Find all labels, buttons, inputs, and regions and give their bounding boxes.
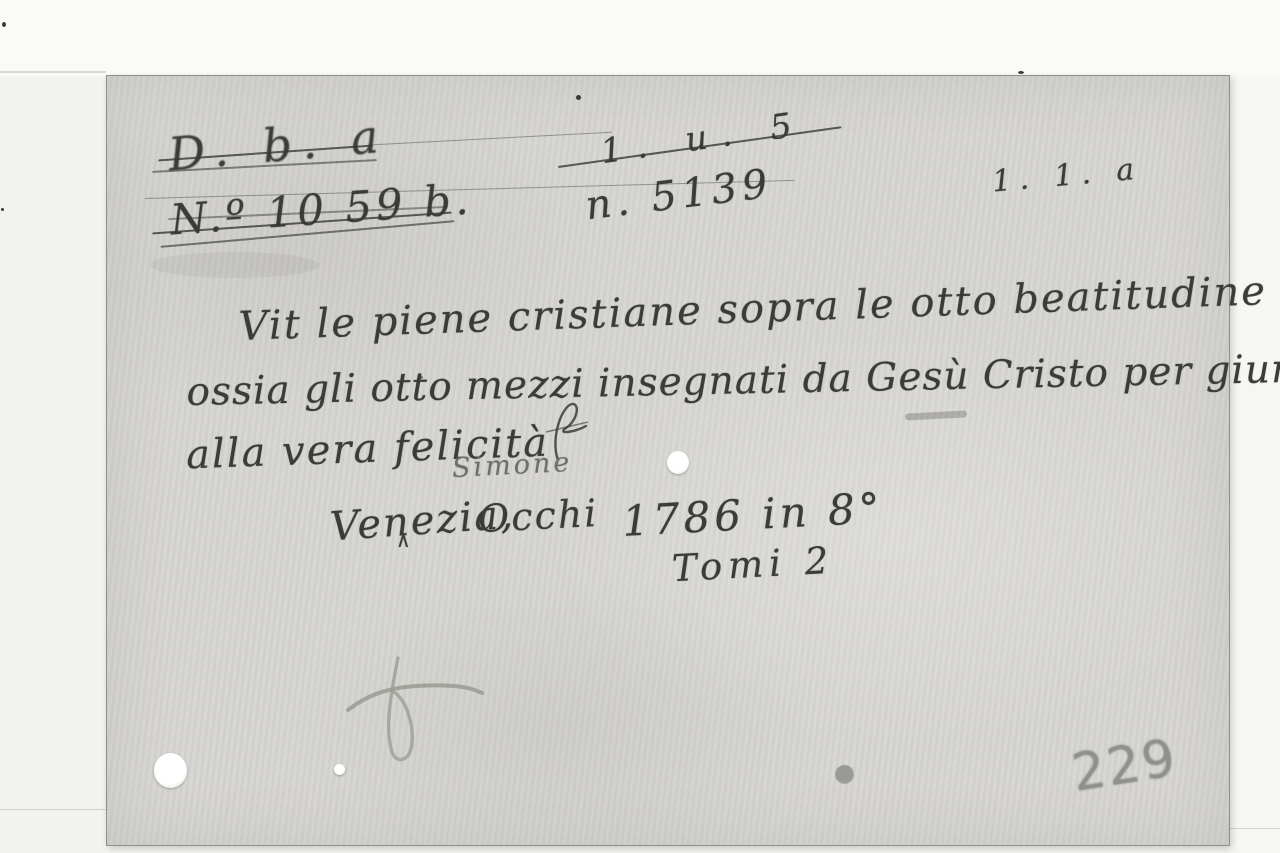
pencil-cross-mark bbox=[336, 648, 506, 778]
punch-hole-small bbox=[334, 764, 345, 775]
paper-crease bbox=[1225, 828, 1280, 829]
ink-speck bbox=[576, 95, 581, 100]
background-right-strip bbox=[1228, 76, 1280, 853]
background-top-strip bbox=[0, 0, 1280, 76]
dark-dot bbox=[835, 765, 854, 784]
dust-speck bbox=[1, 208, 4, 211]
scanned-catalog-card-photo: D. b. a N.º 10 59 b. 1. u. 5 n. 5139 1. … bbox=[0, 0, 1280, 853]
ink-speck bbox=[1018, 71, 1024, 74]
punch-hole bbox=[154, 753, 187, 788]
dust-speck bbox=[2, 22, 6, 27]
background-left-strip bbox=[0, 76, 106, 853]
inserted-publisher-name: Simone bbox=[451, 447, 573, 484]
imprint-publisher: Occhi bbox=[477, 491, 599, 541]
punch-hole-center bbox=[667, 451, 689, 474]
imprint-volumes: Tomi 2 bbox=[671, 539, 835, 590]
ink-smudge bbox=[150, 252, 320, 278]
paper-crease bbox=[0, 71, 106, 73]
